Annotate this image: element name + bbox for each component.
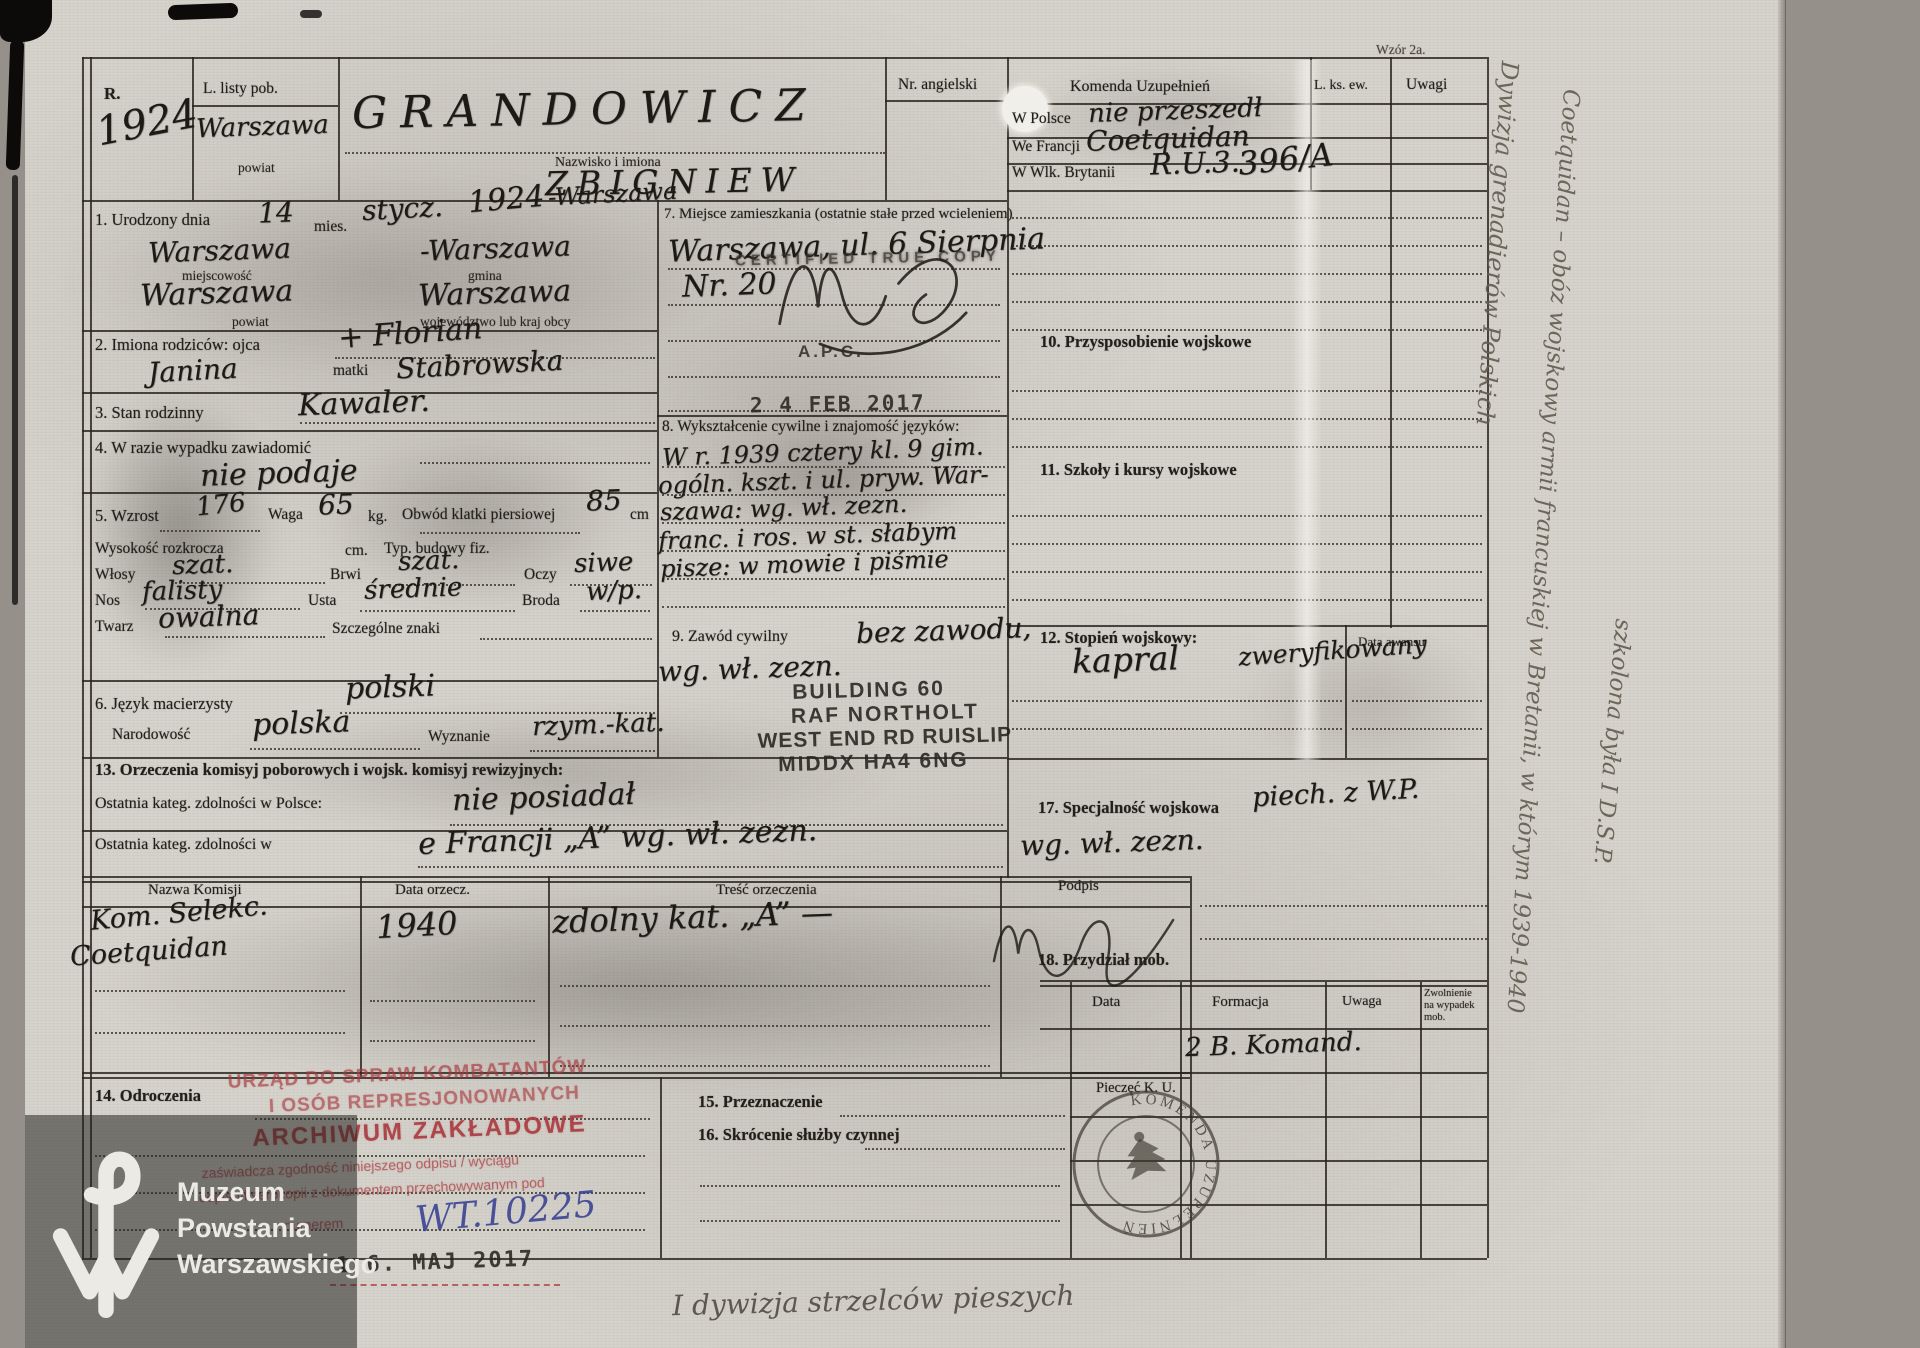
row5-wzrost-value: 176 — [195, 487, 248, 522]
rule-line — [82, 430, 657, 432]
dotted-rule-line — [480, 638, 652, 640]
dotted-rule-line — [1012, 390, 1482, 392]
row13-poland-label: Ostatnia kateg. zdolności w Polsce: — [95, 795, 322, 813]
dotted-rule-line — [1352, 700, 1482, 702]
table18-header-uwaga: Uwaga — [1342, 994, 1382, 1010]
row5-waga-value: 65 — [317, 487, 354, 521]
rule-line — [885, 100, 1007, 102]
dotted-rule-line — [1012, 571, 1482, 573]
raf-stamp-line4: MIDDX HA4 6NG — [778, 748, 969, 777]
field-nr-angielski: Nr. angielski — [898, 76, 977, 94]
dotted-rule-line — [560, 1025, 990, 1027]
table13-podpis-signature — [982, 892, 1187, 1004]
wzor-label: Wzór 2a. — [1376, 42, 1425, 58]
table18-header-formacja: Formacja — [1212, 994, 1269, 1011]
row5-oczy-label: Oczy — [524, 566, 557, 584]
row5-wlosy-label: Włosy — [95, 566, 135, 584]
row6-narodowosc-value: polska — [251, 704, 350, 742]
dotted-rule-line — [370, 1000, 535, 1002]
dotted-rule-line — [250, 748, 420, 750]
dotted-rule-line — [300, 422, 655, 424]
row1-label: 1. Urodzony dnia — [95, 210, 210, 230]
row2-matki-label: matki — [333, 362, 368, 380]
row5-waga-label: Waga — [268, 506, 303, 524]
rule-line — [1007, 758, 1487, 760]
scanned-military-record: R. 1924 L. listy pob. Warszawa powiat GR… — [0, 0, 1920, 1348]
row1-wojewodztwo-value: Warszawa — [417, 273, 571, 313]
komenda-header: Komenda Uzupełnień — [1070, 78, 1210, 96]
dotted-rule-line — [1012, 599, 1482, 601]
row5-cm-label: cm — [630, 506, 649, 524]
rule-line — [1420, 982, 1422, 1258]
row1-powiat-value: Warszawa — [139, 273, 293, 313]
paper-right-edge — [1778, 0, 1786, 1348]
apc-stamp: A.P.C. — [798, 342, 864, 362]
row1-day-value: 14 — [257, 195, 294, 229]
row5-cm2-label: cm. — [345, 542, 368, 560]
rule-line — [1007, 57, 1009, 878]
row1-year-value: 1924 — [467, 179, 546, 221]
row5-twarz-value: owalna — [157, 598, 259, 635]
watermark-line1: Muzeum — [177, 1177, 285, 1208]
row13-label: 13. Orzeczenia komisyj poborowych i wojs… — [95, 760, 563, 780]
dotted-rule-line — [95, 990, 345, 992]
field-r-label: R. — [104, 84, 121, 104]
row1-mies-label: mies. — [314, 218, 347, 236]
row7-label: 7. Miejsce zamieszkania (ostatnie stałe … — [664, 206, 1013, 223]
row3-label: 3. Stan rodzinny — [95, 403, 204, 423]
dotted-rule-line — [420, 462, 650, 464]
row13-poland-value: nie posiadał — [451, 777, 635, 818]
scan-edge-mark — [12, 175, 18, 605]
watermark-line3: Warszawskiego — [177, 1249, 377, 1280]
dotted-rule-line — [865, 1148, 1065, 1150]
rule-line — [338, 57, 340, 200]
dotted-rule-line — [580, 610, 650, 612]
row5-kg-label: kg. — [368, 508, 387, 526]
row5-usta-label: Usta — [308, 592, 336, 610]
row17-value2: wg. wł. zezn. — [1019, 823, 1204, 862]
we-francji-label: We Francji — [1012, 138, 1080, 156]
scan-edge-mark — [6, 40, 25, 170]
watermark-line2: Powstania — [177, 1213, 311, 1244]
row10-label: 10. Przysposobienie wojskowe — [1040, 332, 1251, 352]
dotted-rule-line — [1012, 273, 1482, 275]
row2-mother-firstname: Janina — [147, 352, 238, 390]
row5-wzrost-label: 5. Wzrost — [95, 506, 159, 526]
pw-anchor-logo — [43, 1137, 169, 1333]
rule-line — [885, 57, 887, 200]
table13-data-value: 1940 — [375, 904, 458, 946]
dotted-rule-line — [662, 606, 1005, 608]
row1-gmina-value: -Warszawa — [419, 229, 571, 267]
dotted-rule-line — [360, 610, 515, 612]
scan-top-mark — [300, 10, 322, 18]
table18-formacja-value: 2 B. Komand. — [1185, 1027, 1363, 1063]
dotted-rule-line — [1012, 301, 1482, 303]
rule-line — [82, 57, 1487, 59]
row6-label: 6. Język macierzysty — [95, 694, 233, 714]
row5-usta-value: średnie — [364, 572, 463, 605]
row1-powiat-label: powiat — [232, 314, 269, 330]
dotted-rule-line — [418, 866, 1003, 868]
dotted-rule-line — [345, 152, 885, 154]
row5-oczy-value: siwe — [573, 547, 633, 579]
rule-line — [82, 492, 657, 494]
row1-miejscowosc-value: Warszawa — [147, 232, 291, 270]
row5-znaki-label: Szczególne znaki — [332, 620, 440, 638]
scan-top-mark — [168, 3, 238, 20]
row5-obwod-value: 85 — [585, 483, 622, 517]
rule-line — [1007, 625, 1487, 627]
dotted-rule-line — [668, 376, 1000, 378]
dotted-rule-line — [420, 532, 580, 534]
row5-twarz-label: Twarz — [95, 618, 134, 636]
row9-value1: bez zawodu, — [855, 611, 1031, 650]
row1-month-value: stycz. — [361, 190, 443, 227]
row6-narodowosc-label: Narodowość — [112, 726, 190, 744]
dotted-rule-line — [1200, 938, 1487, 940]
date-stamp-feb-2017: 2 4 FEB 2017 — [750, 390, 926, 417]
field-listy-value: Warszawa — [196, 110, 330, 145]
dotted-rule-line — [1012, 329, 1482, 331]
dotted-rule-line — [370, 1040, 535, 1042]
w-brytanii-value: R.U.3. — [1149, 144, 1240, 181]
rule-line — [82, 876, 1190, 878]
rule-line — [192, 105, 338, 107]
row12-rank-value: kapral — [1071, 638, 1179, 681]
row7-address-line2: Nr. 20 — [681, 266, 777, 304]
row5-brwi-label: Brwi — [330, 566, 361, 584]
dotted-rule-line — [840, 1115, 1065, 1117]
table18-header-zwolnienie: Zwolnienie na wypadek mob. — [1424, 988, 1484, 1024]
row6-wyznanie-label: Wyznanie — [428, 728, 490, 746]
rule-line — [1325, 982, 1327, 1258]
dotted-rule-line — [1200, 905, 1487, 907]
dotted-rule-line — [1012, 245, 1482, 247]
row5-obwod-label: Obwód klatki piersiowej — [402, 506, 555, 524]
surname-value: GRANDOWICZ — [352, 80, 820, 139]
w-polsce-label: W Polsce — [1012, 110, 1071, 128]
dotted-rule-line — [1012, 217, 1482, 219]
field-powiat-sub: powiat — [238, 160, 275, 176]
rule-line — [1390, 57, 1392, 628]
rule-line — [82, 881, 1190, 883]
table13-header-data: Data orzecz. — [395, 882, 470, 899]
row9-label: 9. Zawód cywilny — [672, 628, 788, 646]
row6-wyznanie-value: rzym.-kat. — [532, 708, 665, 743]
lksew-header: L. ks. ew. — [1314, 78, 1368, 94]
dotted-rule-line — [1012, 543, 1482, 545]
row11-label: 11. Szkoły i kursy wojskowe — [1040, 460, 1237, 480]
dotted-rule-line — [1352, 728, 1482, 730]
museum-watermark-panel: Muzeum Powstania Warszawskiego — [25, 1115, 357, 1348]
dotted-rule-line — [1012, 515, 1482, 517]
dotted-rule-line — [165, 636, 325, 638]
row5-nos-label: Nos — [95, 592, 120, 610]
rule-line — [1007, 190, 1487, 192]
field-listy-label: L. listy pob. — [203, 80, 278, 98]
row5-broda-label: Broda — [522, 592, 560, 610]
row17-label: 17. Specjalność wojskowa — [1038, 798, 1219, 818]
row3-value: Kawaler. — [297, 384, 430, 424]
dotted-rule-line — [95, 1032, 345, 1034]
dotted-rule-line — [560, 985, 990, 987]
dotted-rule-line — [1012, 418, 1482, 420]
row8-label: 8. Wykształcenie cywilne i znajomość jęz… — [662, 418, 960, 436]
uwagi-header: Uwagi — [1406, 76, 1447, 94]
eagle-emblem — [1119, 1127, 1169, 1180]
w-brytanii-label: W Wlk. Brytanii — [1012, 164, 1115, 182]
dotted-rule-line — [160, 530, 260, 532]
row5-broda-value: w/p. — [585, 575, 642, 607]
row6-value: polski — [344, 668, 435, 706]
row18-label: 18. Przydział mob. — [1038, 950, 1169, 970]
row13-france-label: Ostatnia kateg. zdolności w — [95, 836, 272, 854]
dotted-rule-line — [1012, 446, 1482, 448]
table18-header-data: Data — [1092, 994, 1120, 1011]
dotted-rule-line — [530, 750, 655, 752]
